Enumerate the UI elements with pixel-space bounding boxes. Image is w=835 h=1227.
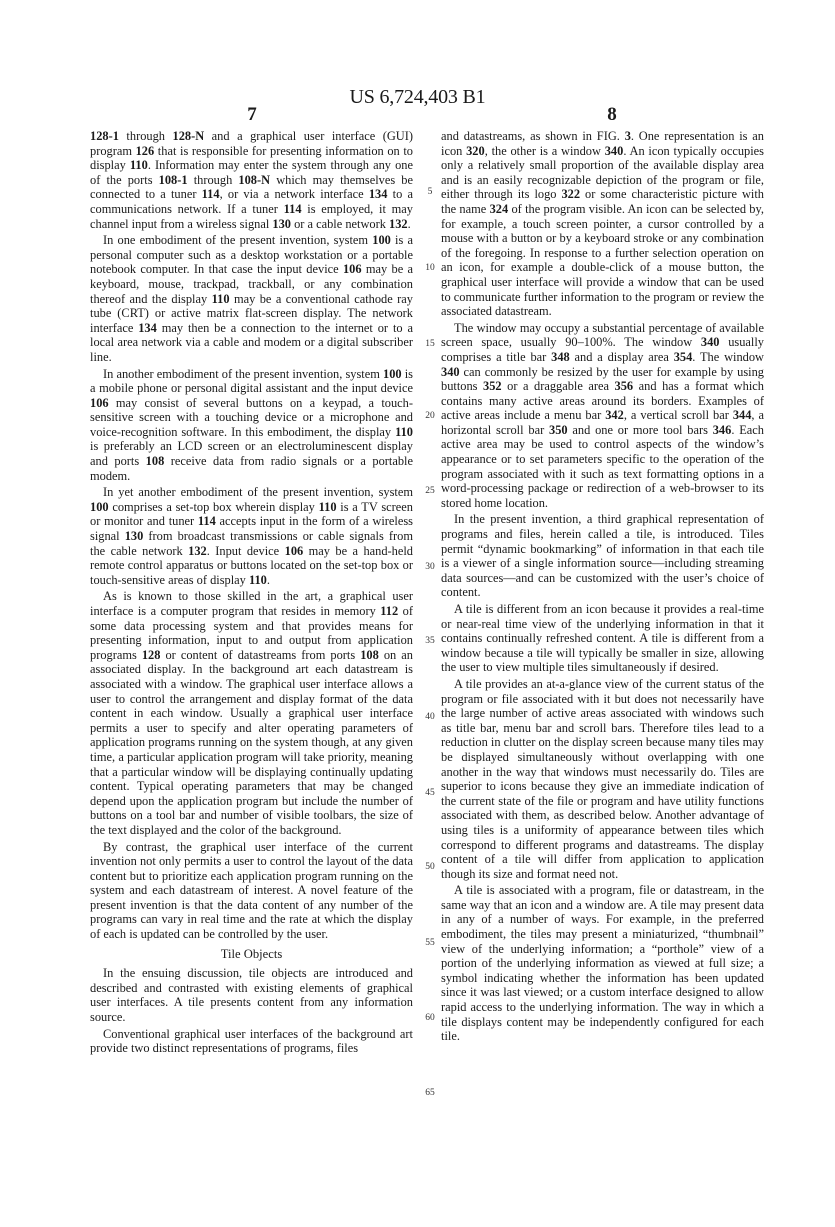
- column-number-right: 8: [592, 104, 632, 126]
- paragraph: As is known to those skilled in the art,…: [90, 589, 413, 837]
- left-column: 128-1 through 128-N and a graphical user…: [90, 129, 413, 1058]
- paragraph: A tile is associated with a program, fil…: [441, 883, 764, 1044]
- line-number: 25: [420, 486, 440, 496]
- line-number: 50: [420, 862, 440, 872]
- paragraph: 128-1 through 128-N and a graphical user…: [90, 129, 413, 231]
- paragraph: The window may occupy a substantial perc…: [441, 321, 764, 511]
- paragraph: In the ensuing discussion, tile objects …: [90, 966, 413, 1024]
- patent-number: US 6,724,403 B1: [0, 86, 835, 109]
- line-number: 30: [420, 562, 440, 572]
- line-number: 20: [420, 411, 440, 421]
- paragraph: A tile provides an at-a-glance view of t…: [441, 677, 764, 881]
- section-heading: Tile Objects: [90, 947, 413, 962]
- paragraph: and datastreams, as shown in FIG. 3. One…: [441, 129, 764, 319]
- line-number: 5: [420, 187, 440, 197]
- line-number: 40: [420, 712, 440, 722]
- line-number: 55: [420, 938, 440, 948]
- line-number: 60: [420, 1013, 440, 1023]
- paragraph: Conventional graphical user interfaces o…: [90, 1027, 413, 1056]
- paragraph: In yet another embodiment of the present…: [90, 485, 413, 587]
- column-number-left: 7: [232, 104, 272, 126]
- paragraph: In the present invention, a third graphi…: [441, 512, 764, 600]
- line-number: 45: [420, 788, 440, 798]
- line-number: 35: [420, 636, 440, 646]
- line-number: 15: [420, 339, 440, 349]
- line-number: 10: [420, 263, 440, 273]
- paragraph: By contrast, the graphical user interfac…: [90, 840, 413, 942]
- line-number: 65: [420, 1088, 440, 1098]
- right-column: and datastreams, as shown in FIG. 3. One…: [441, 129, 764, 1046]
- paragraph: A tile is different from an icon because…: [441, 602, 764, 675]
- paragraph: In one embodiment of the present inventi…: [90, 233, 413, 364]
- paragraph: In another embodiment of the present inv…: [90, 367, 413, 484]
